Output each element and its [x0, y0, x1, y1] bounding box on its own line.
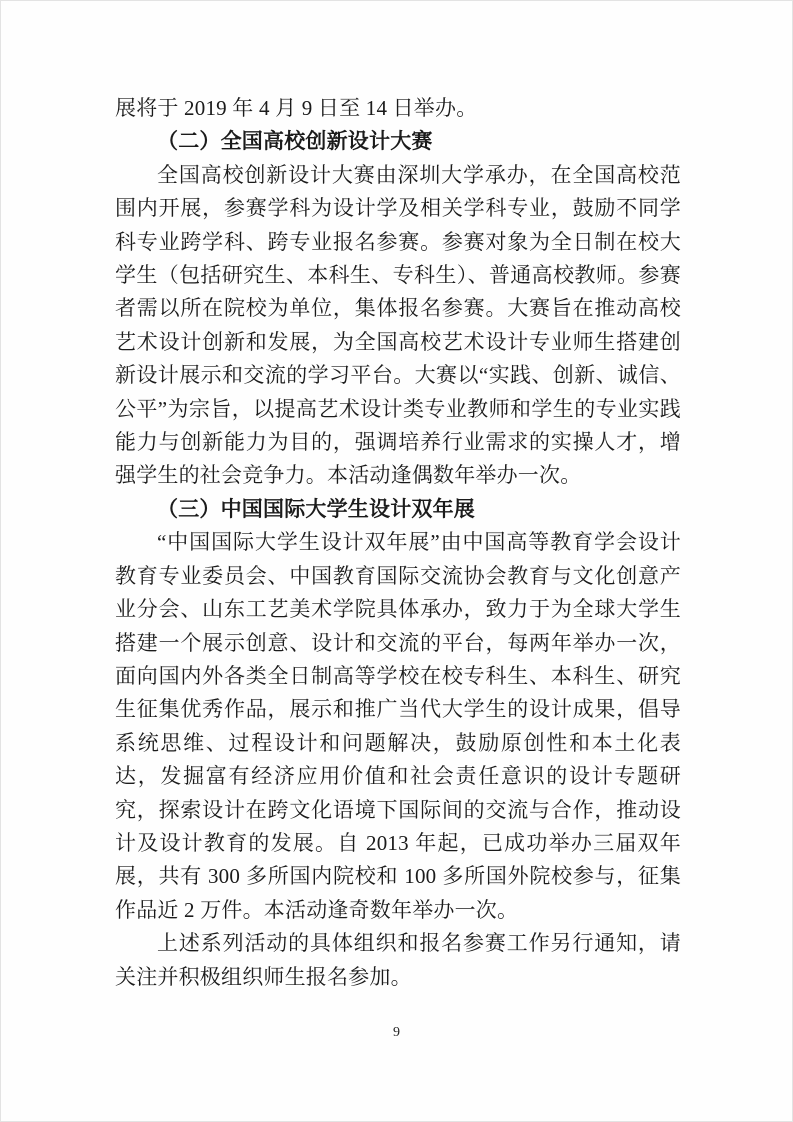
paragraph-section-2: 全国高校创新设计大赛由深圳大学承办，在全国高校范围内开展，参赛学科为设计学及相关… [115, 159, 681, 493]
document-page: 展将于 2019 年 4 月 9 日至 14 日举办。 （二）全国高校创新设计大… [0, 0, 793, 1122]
section-heading-2: （二）全国高校创新设计大赛 [115, 125, 681, 158]
section-heading-3: （三）中国国际大学生设计双年展 [115, 493, 681, 526]
paragraph-closing-notice: 上述系列活动的具体组织和报名参赛工作另行通知，请关注并积极组织师生报名参加。 [115, 927, 681, 994]
page-number: 9 [1, 1025, 792, 1041]
document-body: 展将于 2019 年 4 月 9 日至 14 日举办。 （二）全国高校创新设计大… [115, 92, 681, 994]
paragraph-section-3: “中国国际大学生设计双年展”由中国高等教育学会设计教育专业委员会、中国教育国际交… [115, 526, 681, 927]
paragraph-continuation: 展将于 2019 年 4 月 9 日至 14 日举办。 [115, 92, 681, 125]
